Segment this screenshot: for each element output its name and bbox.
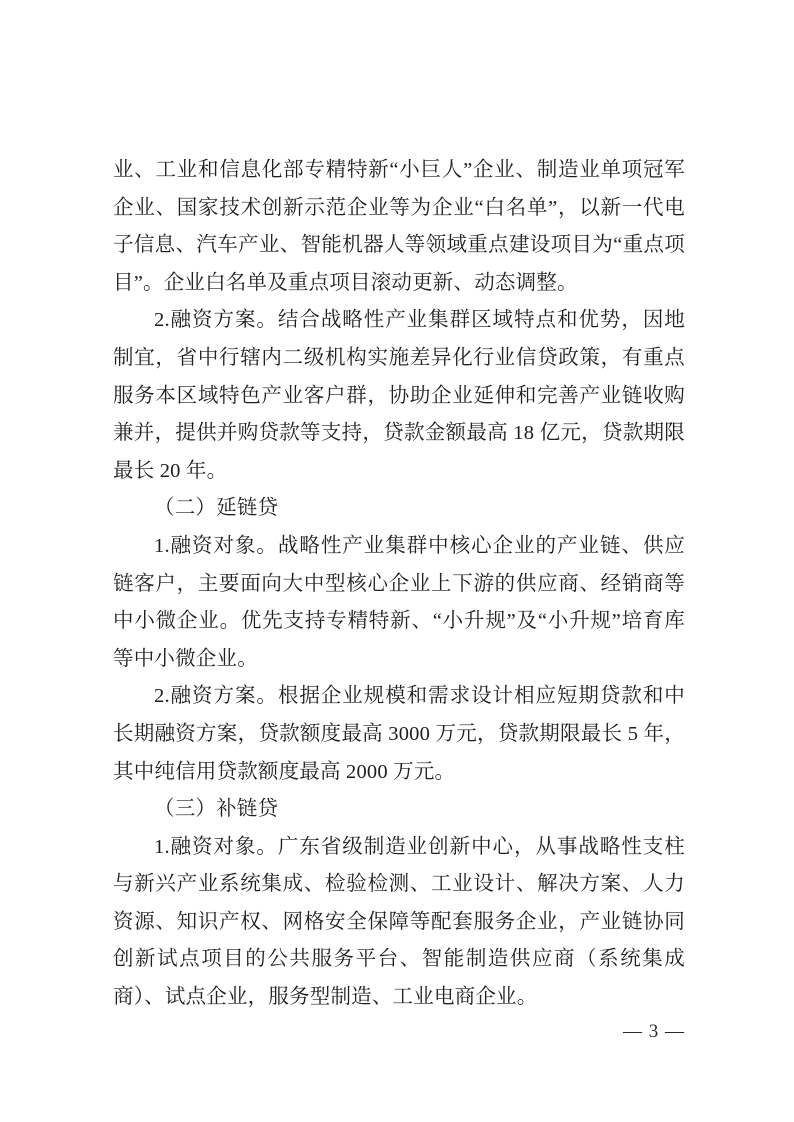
- text-content: 业、工业和信息化部专精特新“小巨人”企业、制造业单项冠军企业、国家技术创新示范企…: [113, 152, 685, 1017]
- paragraph-continuation: 业、工业和信息化部专精特新“小巨人”企业、制造业单项冠军企业、国家技术创新示范企…: [113, 152, 685, 302]
- paragraph-financing-target-bulian: 1.融资对象。广东省级制造业创新中心，从事战略性支柱与新兴产业系统集成、检验检测…: [113, 829, 685, 1017]
- paragraph-financing-target-yanlian: 1.融资对象。战略性产业集群中核心企业的产业链、供应链客户，主要面向大中型核心企…: [113, 528, 685, 678]
- document-page: 业、工业和信息化部专精特新“小巨人”企业、制造业单项冠军企业、国家技术创新示范企…: [0, 0, 794, 1122]
- paragraph-financing-plan-extend-chain: 2.融资方案。结合战略性产业集群区域特点和优势，因地制宜，省中行辖内二级机构实施…: [113, 302, 685, 490]
- page-footer: — 3 —: [113, 1019, 685, 1045]
- section-heading-bulian-loan: （三）补链贷: [113, 791, 685, 829]
- paragraph-financing-plan-yanlian: 2.融资方案。根据企业规模和需求设计相应短期贷款和中长期融资方案，贷款额度最高 …: [113, 678, 685, 791]
- section-heading-yanlian-loan: （二）延链贷: [113, 490, 685, 528]
- page-number: — 3 —: [623, 1021, 685, 1042]
